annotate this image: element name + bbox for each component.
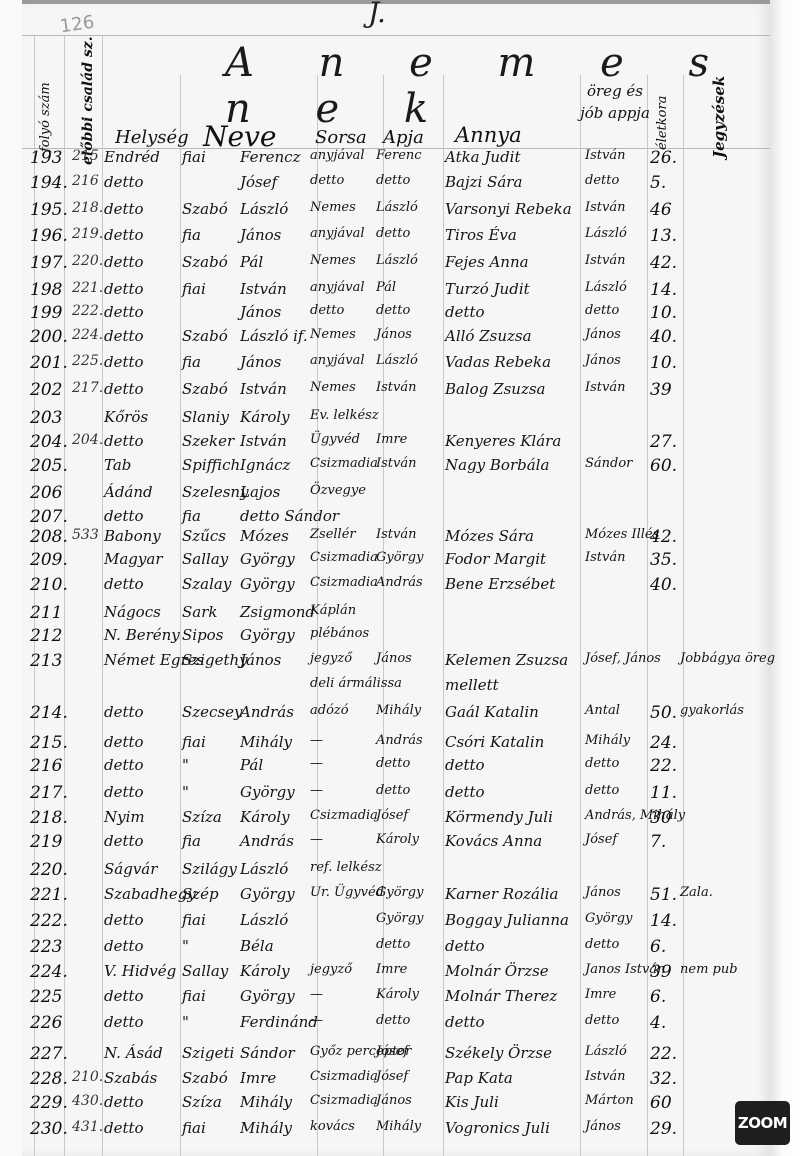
cell-mother: Alló Zsuzsa <box>445 327 532 345</box>
cell-mother: Fodor Margit <box>445 550 546 568</box>
cell-place: detto <box>104 756 144 774</box>
cell-status: Ev. lelkész <box>310 408 379 423</box>
cell-no: 205. <box>30 456 68 476</box>
cell-grand: István <box>585 253 626 268</box>
cell-age: 35. <box>650 550 677 570</box>
cell-mother: Molnár Örzse <box>445 962 549 980</box>
cell-given: Jósef <box>240 173 277 191</box>
cell-father: detto <box>376 173 410 188</box>
cell-place: Babony <box>104 527 161 545</box>
cell-status: Káplán <box>310 603 356 618</box>
cell-father: detto <box>376 937 410 952</box>
cell-prev: 533 <box>72 527 99 543</box>
cell-no: 199 <box>30 303 62 323</box>
cell-father: detto <box>376 303 410 318</box>
cell-grand: László <box>585 226 627 241</box>
cell-given: Imre <box>240 1069 276 1087</box>
cell-name: fiai <box>182 280 206 298</box>
cell-note: nem pub <box>680 962 738 977</box>
cell-prev: 431. <box>72 1119 103 1135</box>
cell-father: Károly <box>376 987 419 1002</box>
cell-status: Csizmadia <box>310 550 378 565</box>
col-head-annya: Annya <box>455 123 522 147</box>
cell-age: 60 <box>650 1093 672 1113</box>
cell-given: Mihály <box>240 733 292 751</box>
cell-no: 200. <box>30 327 68 347</box>
page-letter: J. <box>368 0 386 29</box>
cell-age: 10. <box>650 353 677 373</box>
cell-mother: Bene Erzsébet <box>445 575 555 593</box>
cell-no: 221. <box>30 885 68 905</box>
cell-given: Lajos <box>240 483 280 501</box>
table-row: 230.431.dettofiaiMihálykovácsMihályVogro… <box>0 1119 800 1145</box>
cell-place: V. Hidvég <box>104 962 176 980</box>
cell-given: István <box>240 380 287 398</box>
cell-father: Mihály <box>376 703 421 718</box>
cell-mother: Atka Judit <box>445 148 521 166</box>
table-row: 202217.dettoSzabóIstvánNemesIstvánBalog … <box>0 380 800 406</box>
cell-no: 208. <box>30 527 68 547</box>
cell-given: Ferdinánd <box>240 1013 318 1031</box>
cell-age: 11. <box>650 783 677 803</box>
table-row: 199222.dettoJánosdettodettodettodetto10. <box>0 303 800 329</box>
col-head-elobbi: előbbi család sz. <box>80 36 96 165</box>
cell-grand: Sándor <box>585 456 632 471</box>
cell-given: György <box>240 885 295 903</box>
cell-no: 195. <box>30 200 68 220</box>
cell-no: 214. <box>30 703 68 723</box>
cell-name: Szíza <box>182 1093 222 1111</box>
cell-father: detto <box>376 783 410 798</box>
table-row: 218.NyimSzízaKárolyCsizmadiaJósefKörmend… <box>0 808 800 834</box>
cell-place: detto <box>104 703 144 721</box>
cell-prev: 222. <box>72 303 103 319</box>
cell-age: 60. <box>650 456 677 476</box>
cell-age: 5. <box>650 173 666 193</box>
cell-place: detto <box>104 380 144 398</box>
table-row: 217.detto"György—dettodettodetto11. <box>0 783 800 809</box>
col-head-folyo-szam: folyó szám <box>38 82 53 152</box>
cell-status: Csizmadia <box>310 456 378 471</box>
cell-status: adózó <box>310 703 349 718</box>
cell-status: plébános <box>310 626 369 641</box>
cell-place: N. Ásád <box>104 1044 163 1062</box>
cell-status: — <box>310 832 323 847</box>
cell-grand: detto <box>585 756 619 771</box>
cell-prev: 430. <box>72 1093 103 1109</box>
cell-mother: Tiros Éva <box>445 226 517 244</box>
cell-given: Mihály <box>240 1093 292 1111</box>
cell-place: Endréd <box>104 148 160 166</box>
cell-given: István <box>240 432 287 450</box>
cell-age: 42. <box>650 253 677 273</box>
table-row: 225dettofiaiGyörgy—KárolyMolnár TherezIm… <box>0 987 800 1013</box>
cell-no: 227. <box>30 1044 68 1064</box>
cell-name: Szabó <box>182 253 228 271</box>
cell-status: Nemes <box>310 253 356 268</box>
cell-status: deli ármálissa <box>310 676 402 691</box>
cell-name: fia <box>182 507 201 525</box>
cell-status: Csizmadia <box>310 1093 378 1108</box>
cell-name: Spiffich <box>182 456 240 474</box>
cell-name: fiai <box>182 911 206 929</box>
cell-no: 201. <box>30 353 68 373</box>
cell-mother: detto <box>445 1013 485 1031</box>
cell-mother: Mózes Sára <box>445 527 534 545</box>
cell-grand: detto <box>585 303 619 318</box>
table-row: 228.210.SzabásSzabóImreCsizmadiaJósefPap… <box>0 1069 800 1095</box>
table-row: 206ÁdándSzelesnyLajosÖzvegye <box>0 483 800 509</box>
cell-place: Kőrös <box>104 408 148 426</box>
cell-name: Szelesny <box>182 483 249 501</box>
cell-status: Csizmadia <box>310 1069 378 1084</box>
table-row: 212N. BerénySiposGyörgyplébános <box>0 626 800 652</box>
cell-status: kovács <box>310 1119 355 1134</box>
cell-place: detto <box>104 200 144 218</box>
cell-status: Ur. Ügyvéd <box>310 885 384 900</box>
cell-prev: 218. <box>72 200 103 216</box>
cell-status: anyjával <box>310 353 365 368</box>
cell-mother: Vadas Rebeka <box>445 353 551 371</box>
watermark-label: ZOOM <box>738 1114 787 1132</box>
cell-age: 22. <box>650 756 677 776</box>
cell-grand: Mihály <box>585 733 630 748</box>
cell-status: Nemes <box>310 380 356 395</box>
cell-no: 218. <box>30 808 68 828</box>
cell-mother: Boggay Julianna <box>445 911 569 929</box>
cell-father: István <box>376 380 417 395</box>
cell-mother: Pap Kata <box>445 1069 513 1087</box>
cell-mother: detto <box>445 303 485 321</box>
cell-status: — <box>310 1013 323 1028</box>
cell-grand: detto <box>585 1013 619 1028</box>
cell-age: 22. <box>650 1044 677 1064</box>
cell-father: Ferenc <box>376 148 422 163</box>
cell-father: István <box>376 527 417 542</box>
cell-given: György <box>240 783 295 801</box>
cell-name: Szép <box>182 885 219 903</box>
cell-prev: 216 <box>72 173 99 189</box>
cell-no: 204. <box>30 432 68 452</box>
cell-mother: detto <box>445 756 485 774</box>
cell-name: " <box>182 1013 189 1031</box>
cell-age: 13. <box>650 226 677 246</box>
cell-father: Mihály <box>376 1119 421 1134</box>
cell-mother: detto <box>445 783 485 801</box>
cell-name: fiai <box>182 987 206 1005</box>
cell-grand: Antal <box>585 703 620 718</box>
cell-age: 46 <box>650 200 672 220</box>
table-row: 223detto"Béladettodettodetto6. <box>0 937 800 963</box>
cell-mother: Székely Örzse <box>445 1044 552 1062</box>
table-row: 226detto"Ferdinánd—dettodettodetto4. <box>0 1013 800 1039</box>
table-row: 229.430.dettoSzízaMihályCsizmadiaJánosKi… <box>0 1093 800 1119</box>
cell-name: fia <box>182 353 201 371</box>
cell-mother: Molnár Therez <box>445 987 557 1005</box>
col-head-eletkora: életkora <box>655 96 670 150</box>
cell-mother: Bajzi Sára <box>445 173 522 191</box>
cell-age: 26. <box>650 148 677 168</box>
cell-place: detto <box>104 353 144 371</box>
table-row: 214.dettoSzecseyAndrásadózóMihályGaál Ka… <box>0 703 800 729</box>
cell-name: Sipos <box>182 626 223 644</box>
cell-age: 4. <box>650 1013 666 1033</box>
cell-place: detto <box>104 911 144 929</box>
cell-no: 216 <box>30 756 62 776</box>
col-head-jegyzetek: Jegyzések <box>710 76 728 158</box>
cell-name: Szalay <box>182 575 231 593</box>
cell-place: detto <box>104 280 144 298</box>
cell-father: Imre <box>376 432 407 447</box>
cell-name: fiai <box>182 733 206 751</box>
cell-place: detto <box>104 226 144 244</box>
cell-age: 14. <box>650 280 677 300</box>
cell-mother: Csóri Katalin <box>445 733 544 751</box>
cell-place: detto <box>104 1119 144 1137</box>
cell-place: detto <box>104 507 144 525</box>
cell-no: 222. <box>30 911 68 931</box>
cell-mother: Balog Zsuzsa <box>445 380 546 398</box>
cell-father: detto <box>376 1013 410 1028</box>
cell-grand: detto <box>585 173 619 188</box>
cell-place: detto <box>104 832 144 850</box>
cell-place: detto <box>104 733 144 751</box>
cell-grand: Mózes Illés <box>585 527 659 542</box>
cell-status: detto <box>310 173 344 188</box>
cell-place: detto <box>104 937 144 955</box>
cell-grand: János <box>585 885 621 900</box>
cell-age: 29. <box>650 1119 677 1139</box>
table-row: 204.204.dettoSzekerIstvánÜgyvédImreKenye… <box>0 432 800 458</box>
cell-given: Sándor <box>240 1044 295 1062</box>
cell-father: István <box>376 456 417 471</box>
table-row: 220.SágvárSzilágyLászlóref. lelkész <box>0 860 800 886</box>
cell-prev: 219. <box>72 226 103 242</box>
cell-status: — <box>310 987 323 1002</box>
cell-age: 7. <box>650 832 666 852</box>
table-row: 203KőrösSlaniyKárolyEv. lelkész <box>0 408 800 434</box>
table-row: 200.224.dettoSzabóLászló if.NemesJánosAl… <box>0 327 800 353</box>
cell-no: 193 <box>30 148 62 168</box>
cell-father: János <box>376 1093 412 1108</box>
cell-name: " <box>182 783 189 801</box>
table-row: 196.219.dettofiaJánosanyjávaldettoTiros … <box>0 226 800 252</box>
cell-father: János <box>376 327 412 342</box>
cell-given: Károly <box>240 808 290 826</box>
cell-age: 24. <box>650 733 677 753</box>
cell-father: Jósef <box>376 1044 408 1059</box>
cell-given: Mihály <box>240 1119 292 1137</box>
table-row: 210.dettoSzalayGyörgyCsizmadiaAndrásBene… <box>0 575 800 601</box>
cell-name: Sark <box>182 603 217 621</box>
table-row: 201.225.dettofiaJánosanyjávalLászlóVadas… <box>0 353 800 379</box>
col-head-oreg-jobagy: öreg és jób appja <box>580 80 650 124</box>
cell-status: — <box>310 756 323 771</box>
cell-given: András <box>240 703 294 721</box>
table-row: 205.TabSpiffichIgnáczCsizmadiaIstvánNagy… <box>0 456 800 482</box>
cell-mother: Nagy Borbála <box>445 456 549 474</box>
cell-grand: György <box>585 911 632 926</box>
cell-no: 224. <box>30 962 68 982</box>
cell-name: Sallay <box>182 962 228 980</box>
cell-name: Szűcs <box>182 527 226 545</box>
table-row: 195.218.dettoSzabóLászlóNemesLászlóVarso… <box>0 200 800 226</box>
cell-status: Zsellér <box>310 527 356 542</box>
cell-name: Szigethy <box>182 651 248 669</box>
cell-place: Ságvár <box>104 860 157 878</box>
top-rule <box>22 35 770 36</box>
cell-no: 211 <box>30 603 62 623</box>
cell-mother: Varsonyi Rebeka <box>445 200 572 218</box>
cell-grand: László <box>585 1044 627 1059</box>
table-row: deli ármálissamellett <box>0 676 800 702</box>
cell-prev: 225. <box>72 353 103 369</box>
cell-given: György <box>240 575 295 593</box>
cell-name: " <box>182 756 189 774</box>
cell-name: Szíza <box>182 808 222 826</box>
cell-father: András <box>376 575 423 590</box>
cell-status: Nemes <box>310 327 356 342</box>
cell-note: gyakorlás <box>680 703 744 718</box>
cell-grand: Jósef <box>585 832 617 847</box>
cell-place: N. Berény <box>104 626 180 644</box>
cell-age: 39 <box>650 380 672 400</box>
cell-name: " <box>182 937 189 955</box>
cell-father: Pál <box>376 280 396 295</box>
cell-grand: detto <box>585 937 619 952</box>
cell-grand: István <box>585 1069 626 1084</box>
table-row: 227.N. ÁsádSzigetiSándorGyőz perceptorJó… <box>0 1044 800 1070</box>
cell-mother: Kis Juli <box>445 1093 499 1111</box>
cell-mother: Karner Rozália <box>445 885 559 903</box>
cell-status: jegyző <box>310 651 352 666</box>
cell-given: László <box>240 911 288 929</box>
cell-mother: detto <box>445 937 485 955</box>
cell-no: 196. <box>30 226 68 246</box>
cell-name: Szecsey <box>182 703 243 721</box>
cell-given: László <box>240 200 288 218</box>
cell-name: fia <box>182 832 201 850</box>
table-row: 216detto"Pál—dettodettodetto22. <box>0 756 800 782</box>
cell-status: Csizmadia <box>310 808 378 823</box>
cell-given: István <box>240 280 287 298</box>
cell-grand: János <box>585 327 621 342</box>
cell-status: detto <box>310 303 344 318</box>
cell-prev: 210. <box>72 1069 103 1085</box>
cell-prev: 204. <box>72 432 103 448</box>
cell-no: 207. <box>30 507 68 527</box>
cell-name: Szabó <box>182 380 228 398</box>
cell-no: 229. <box>30 1093 68 1113</box>
cell-status: — <box>310 783 323 798</box>
cell-father: György <box>376 885 423 900</box>
cell-father: Imre <box>376 962 407 977</box>
cell-mother: Kovács Anna <box>445 832 542 850</box>
cell-age: 42. <box>650 527 677 547</box>
cell-no: 225 <box>30 987 62 1007</box>
cell-name: Szilágy <box>182 860 237 878</box>
cell-given: János <box>240 303 281 321</box>
cell-no: 194. <box>30 173 68 193</box>
table-row: 221.SzabadhegySzépGyörgyUr. ÜgyvédGyörgy… <box>0 885 800 911</box>
cell-mother: Kenyeres Klára <box>445 432 561 450</box>
cell-father: detto <box>376 756 410 771</box>
table-row: 194.216dettoJósefdettodettoBajzi Sáradet… <box>0 173 800 199</box>
cell-mother: Fejes Anna <box>445 253 529 271</box>
cell-age: 40. <box>650 327 677 347</box>
cell-status: Nemes <box>310 200 356 215</box>
cell-given: János <box>240 651 281 669</box>
cell-note: Zala. <box>680 885 713 900</box>
cell-no: 206 <box>30 483 62 503</box>
cell-place: detto <box>104 783 144 801</box>
cell-age: 6. <box>650 937 666 957</box>
cell-father: János <box>376 651 412 666</box>
cell-father: Jósef <box>376 808 408 823</box>
cell-father: György <box>376 550 423 565</box>
cell-age: 51. <box>650 885 677 905</box>
cell-given: Béla <box>240 937 274 955</box>
cell-status: Özvegye <box>310 483 366 498</box>
table-row: 197.220.dettoSzabóPálNemesLászlóFejes An… <box>0 253 800 279</box>
cell-name: Slaniy <box>182 408 229 426</box>
cell-grand: János <box>585 353 621 368</box>
cell-note: Jobbágya öreg <box>680 651 775 666</box>
cell-mother: Körmendy Juli <box>445 808 553 826</box>
cell-prev: 221. <box>72 280 103 296</box>
table-row: 219dettofiaAndrás—KárolyKovács AnnaJósef… <box>0 832 800 858</box>
cell-grand: Márton <box>585 1093 634 1108</box>
cell-no: 226 <box>30 1013 62 1033</box>
cell-no: 223 <box>30 937 62 957</box>
cell-status: anyjával <box>310 148 365 163</box>
cell-name: fia <box>182 226 201 244</box>
cell-grand: István <box>585 200 626 215</box>
cell-given: Zsigmond <box>240 603 315 621</box>
cell-place: Magyar <box>104 550 163 568</box>
cell-age: 6. <box>650 987 666 1007</box>
cell-status: ref. lelkész <box>310 860 382 875</box>
cell-place: detto <box>104 1013 144 1031</box>
cell-given: Károly <box>240 962 290 980</box>
cell-grand: István <box>585 148 626 163</box>
cell-father: detto <box>376 226 410 241</box>
col-head-helyseg: Helység <box>115 127 189 148</box>
cell-grand: István <box>585 550 626 565</box>
zoom-watermark: ZOOM <box>735 1101 790 1145</box>
cell-given: László <box>240 860 288 878</box>
cell-place: Szabás <box>104 1069 157 1087</box>
cell-grand: Jósef, János <box>585 651 661 666</box>
cell-no: 220. <box>30 860 68 880</box>
cell-status: Ügyvéd <box>310 432 360 447</box>
page-top-edge <box>22 0 770 4</box>
cell-status: anyjával <box>310 226 365 241</box>
cell-father: András <box>376 733 423 748</box>
cell-age: 40. <box>650 575 677 595</box>
cell-father: László <box>376 353 418 368</box>
table-row: 213Német EgresSzigethyJánosjegyzőJánosKe… <box>0 651 800 677</box>
cell-age: 50. <box>650 703 677 723</box>
cell-mother: Turzó Judit <box>445 280 530 298</box>
cell-place: detto <box>104 575 144 593</box>
cell-status: — <box>310 733 323 748</box>
cell-age: 30 <box>650 808 672 828</box>
table-row: 193215EndrédfiaiFerenczanyjávalFerencAtk… <box>0 148 800 174</box>
table-row: 222.dettofiaiLászlóGyörgyBoggay Julianna… <box>0 911 800 937</box>
table-row: 224.V. HidvégSallayKárolyjegyzőImreMolná… <box>0 962 800 988</box>
col-head-sorsa: Sorsa <box>315 127 367 148</box>
